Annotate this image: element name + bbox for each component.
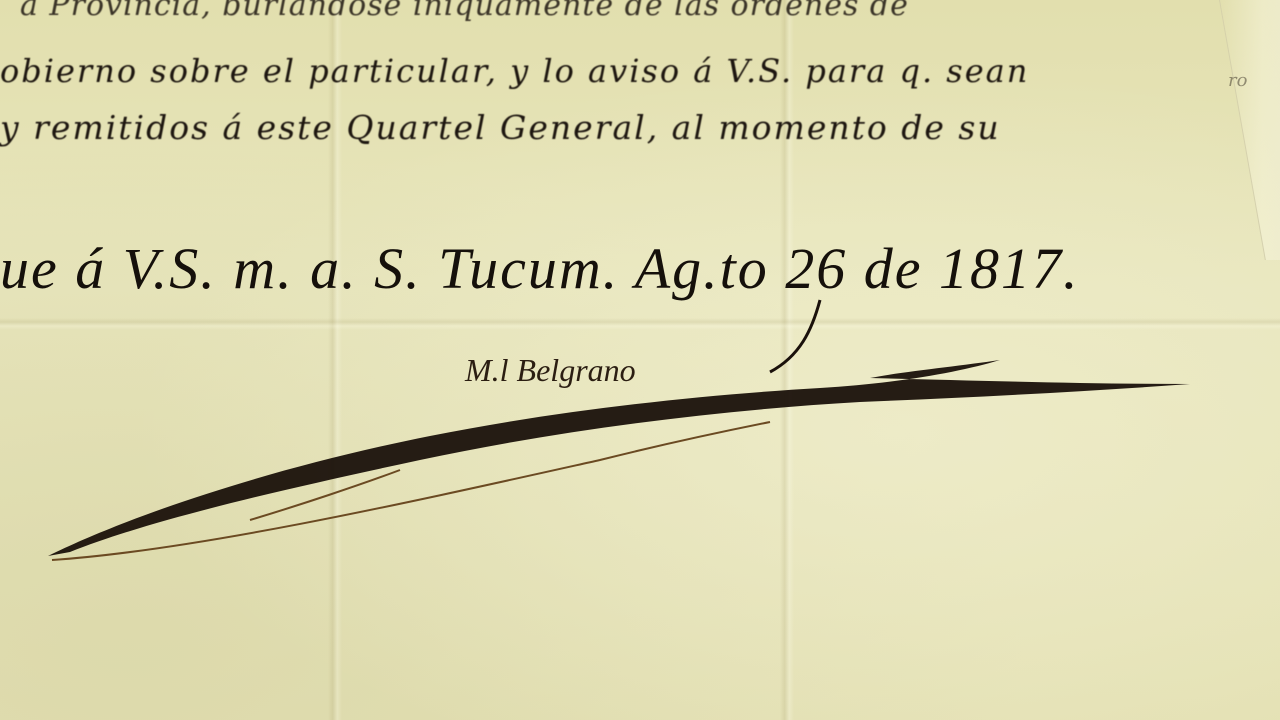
signature-rubric-icon xyxy=(0,0,1280,720)
margin-note: ro xyxy=(1228,70,1247,91)
